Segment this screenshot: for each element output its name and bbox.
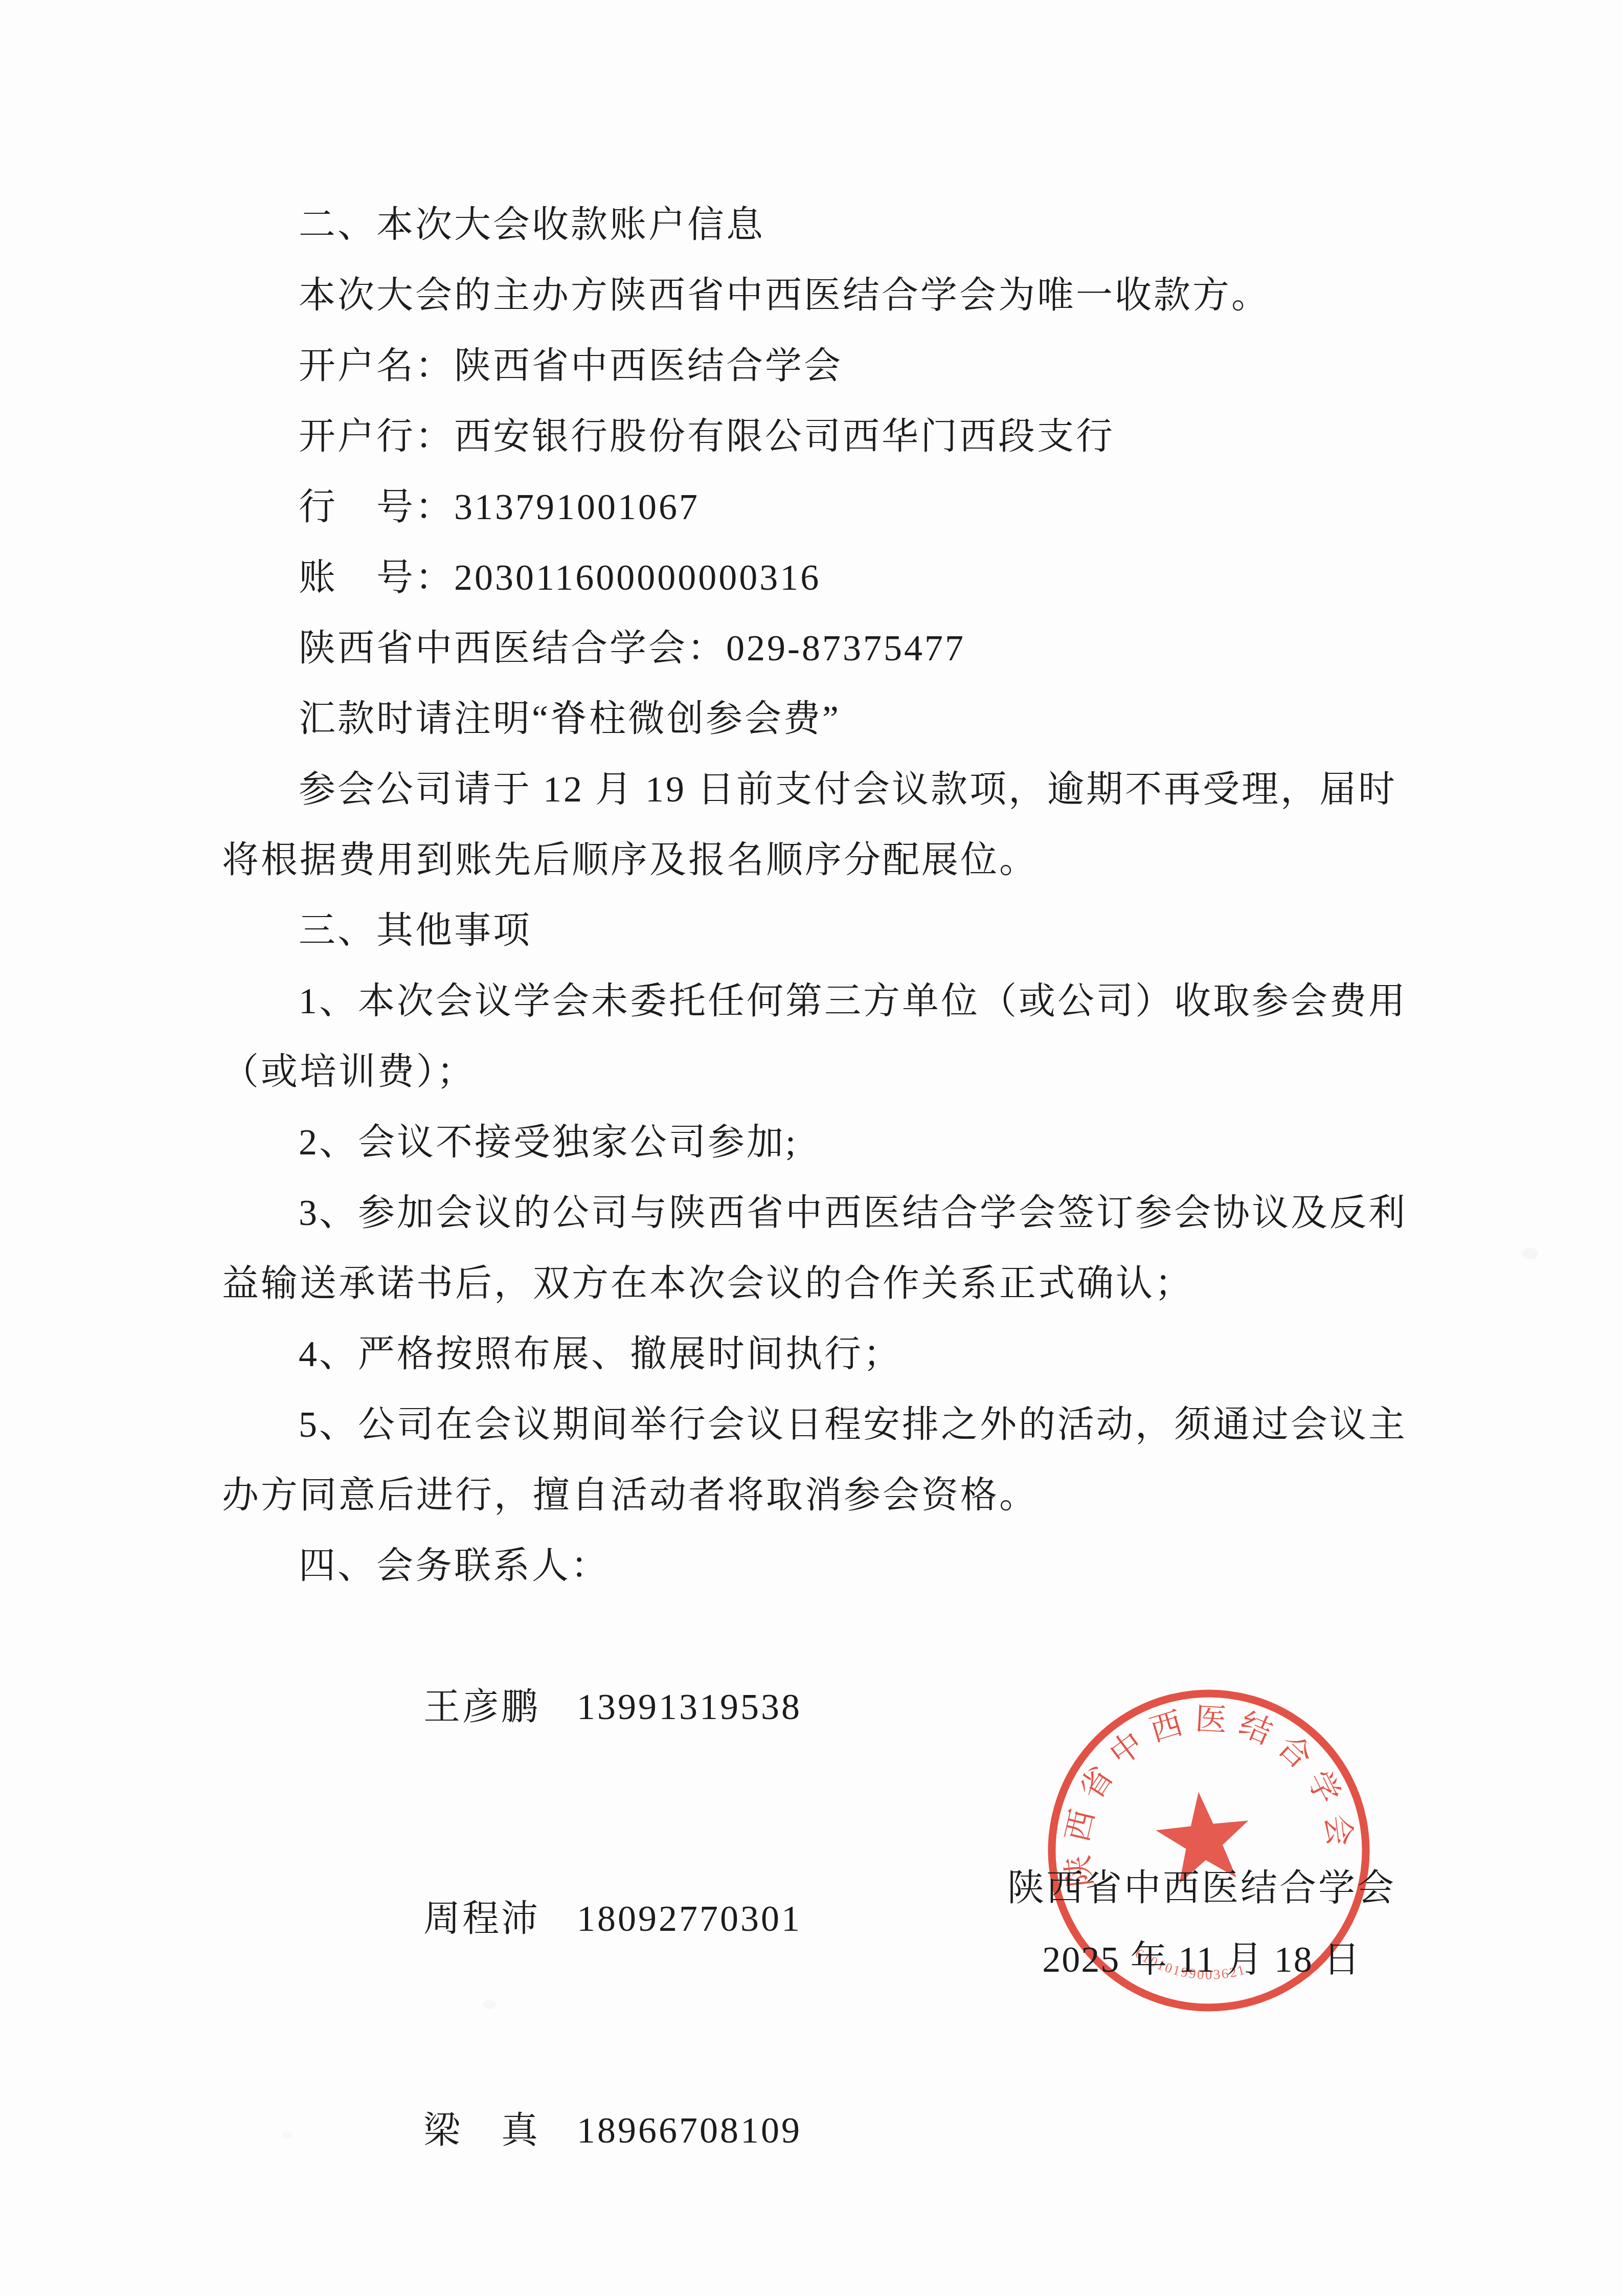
official-seal: 陕西省中西医结合学会 61010199003621 (1012, 1654, 1405, 2047)
payment-deadline-cont: 将根据费用到账先后顺序及报名顺序分配展位。 (222, 824, 1404, 895)
signature-date: 2025 年 11 月 18 日 (895, 1929, 1508, 1982)
item-3-line: 3、参加会议的公司与陕西省中西医结合学会签订参会协议及反利 (222, 1177, 1404, 1248)
payment-deadline-line: 参会公司请于 12 月 19 日前支付会议款项，逾期不再受理，届时 (222, 754, 1404, 824)
contact-row: 梁 真18966708109 (222, 2024, 1404, 2236)
contact-name: 周程沛 (423, 1883, 577, 1954)
item-3-cont: 益输送承诺书后，双方在本次会议的合作关系正式确认； (222, 1248, 1404, 1319)
item-5-line: 5、公司在会议期间举行会议日程安排之外的活动，须通过会议主 (222, 1389, 1404, 1460)
contact-phone: 18092770301 (577, 1883, 802, 1954)
paragraph-payee-note: 本次大会的主办方陕西省中西医结合学会为唯一收款方。 (222, 260, 1404, 330)
section-heading-3: 三、其他事项 (222, 895, 1404, 966)
contact-phone: 13991319538 (577, 1671, 802, 1742)
seal-graphic: 陕西省中西医结合学会 61010199003621 (1012, 1654, 1405, 2047)
scan-noise-artifact (1521, 1248, 1539, 1259)
item-4-line: 4、严格按照布展、撤展时间执行； (222, 1319, 1404, 1389)
item-1-cont: （或培训费）； (222, 1036, 1404, 1107)
account-holder-line: 开户名：陕西省中西医结合学会 (222, 330, 1404, 401)
scan-noise-artifact (282, 2132, 292, 2139)
bank-branch-line: 开户行：西安银行股份有限公司西华门西段支行 (222, 401, 1404, 472)
item-2-line: 2、会议不接受独家公司参加; (222, 1107, 1404, 1177)
society-phone-line: 陕西省中西医结合学会：029-87375477 (222, 613, 1404, 683)
section-heading-2: 二、本次大会收款账户信息 (222, 189, 1404, 260)
contact-name: 梁 真 (423, 2095, 577, 2166)
signature-organization: 陕西省中西医结合学会 (895, 1858, 1508, 1911)
account-number-line: 账 号：203011600000000316 (222, 542, 1404, 613)
bank-code-line: 行 号：313791001067 (222, 472, 1404, 542)
contact-phone: 18966708109 (577, 2095, 802, 2166)
remittance-memo-line: 汇款时请注明“脊柱微创参会费” (222, 683, 1404, 754)
section-heading-4: 四、会务联系人： (222, 1530, 1404, 1601)
scanned-document-page: { "page": { "background": "#fdfdfd", "te… (0, 0, 1623, 2296)
scan-noise-artifact (483, 2000, 497, 2009)
item-1-line: 1、本次会议学会未委托任何第三方单位（或公司）收取参会费用 (222, 966, 1404, 1036)
item-5-cont: 办方同意后进行，擅自活动者将取消参会资格。 (222, 1460, 1404, 1530)
contact-name: 王彦鹏 (423, 1671, 577, 1742)
